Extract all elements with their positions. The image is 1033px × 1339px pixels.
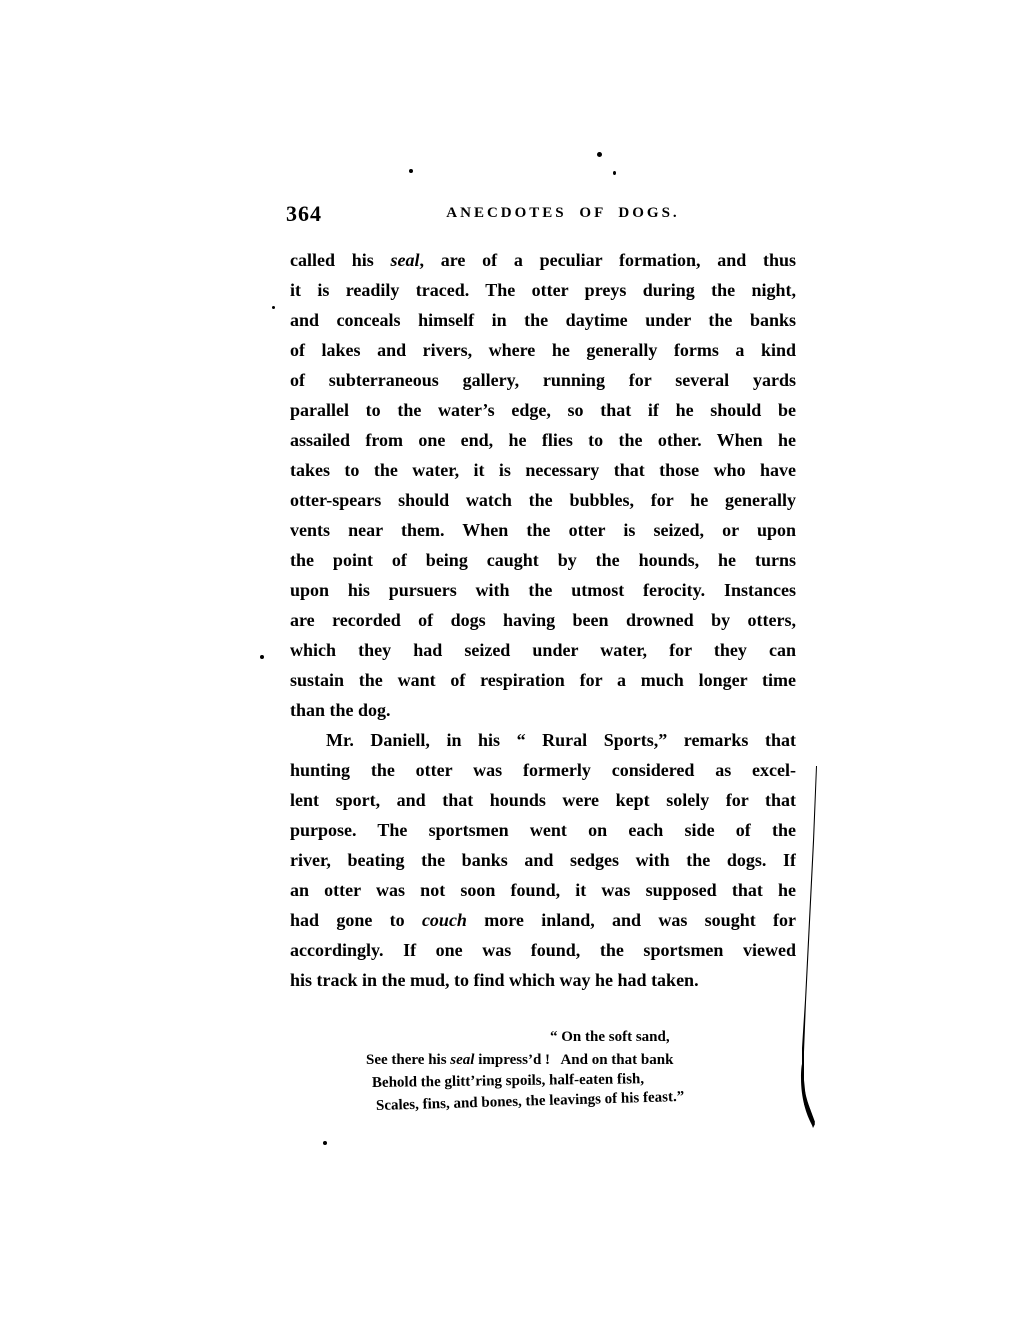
- running-header: ANECDOTES OF DOGS.: [310, 205, 816, 222]
- text-line: an otter was not soon found, it was supp…: [290, 875, 796, 905]
- text-line: vents near them. When the otter is seize…: [290, 515, 796, 545]
- ink-speck: [260, 655, 264, 659]
- text-line: it is readily traced. The otter preys du…: [290, 275, 796, 305]
- text-line: than the dog.: [290, 695, 796, 725]
- ink-speck: [409, 169, 413, 173]
- text-line: “ On the soft sand,: [550, 1026, 810, 1049]
- text-line: hunting the otter was formerly considere…: [290, 755, 796, 785]
- body-text: called his seal, are of a peculiar forma…: [290, 245, 796, 995]
- text-line: otter-spears should watch the bubbles, f…: [290, 485, 796, 515]
- text-line: which they had seized under water, for t…: [290, 635, 796, 665]
- text-line: river, beating the banks and sedges with…: [290, 845, 796, 875]
- ink-speck: [323, 1141, 327, 1145]
- text-line: purpose. The sportsmen went on each side…: [290, 815, 796, 845]
- text-line: and conceals himself in the daytime unde…: [290, 305, 796, 335]
- scan-artifact-ink-line: [793, 762, 827, 1134]
- ink-speck: [597, 152, 602, 157]
- text-line: sustain the want of respiration for a mu…: [290, 665, 796, 695]
- text-line: the point of being caught by the hounds,…: [290, 545, 796, 575]
- text-line: of subterraneous gallery, running for se…: [290, 365, 796, 395]
- text-line: parallel to the water’s edge, so that if…: [290, 395, 796, 425]
- paragraph-daniell-rural-sports: Mr. Daniell, in his “ Rural Sports,” rem…: [290, 725, 796, 995]
- ink-speck: [613, 171, 616, 175]
- text-line: accordingly. If one was found, the sport…: [290, 935, 796, 965]
- text-line: lent sport, and that hounds were kept so…: [290, 785, 796, 815]
- text-line: of lakes and rivers, where he generally …: [290, 335, 796, 365]
- text-line: his track in the mud, to find which way …: [290, 965, 796, 995]
- text-line: assailed from one end, he flies to the o…: [290, 425, 796, 455]
- text-line: called his seal, are of a peculiar forma…: [290, 245, 796, 275]
- book-page-scan: 364 ANECDOTES OF DOGS. called his seal, …: [0, 0, 1033, 1339]
- ink-speck: [272, 306, 275, 309]
- text-line: are recorded of dogs having been drowned…: [290, 605, 796, 635]
- text-line: had gone to couch more inland, and was s…: [290, 905, 796, 935]
- paragraph-otter-description: called his seal, are of a peculiar forma…: [290, 245, 796, 725]
- verse-quotation: “ On the soft sand,See there his seal im…: [290, 1026, 810, 1118]
- text-line: upon his pursuers with the utmost feroci…: [290, 575, 796, 605]
- text-line: Mr. Daniell, in his “ Rural Sports,” rem…: [290, 725, 796, 755]
- text-line: takes to the water, it is necessary that…: [290, 455, 796, 485]
